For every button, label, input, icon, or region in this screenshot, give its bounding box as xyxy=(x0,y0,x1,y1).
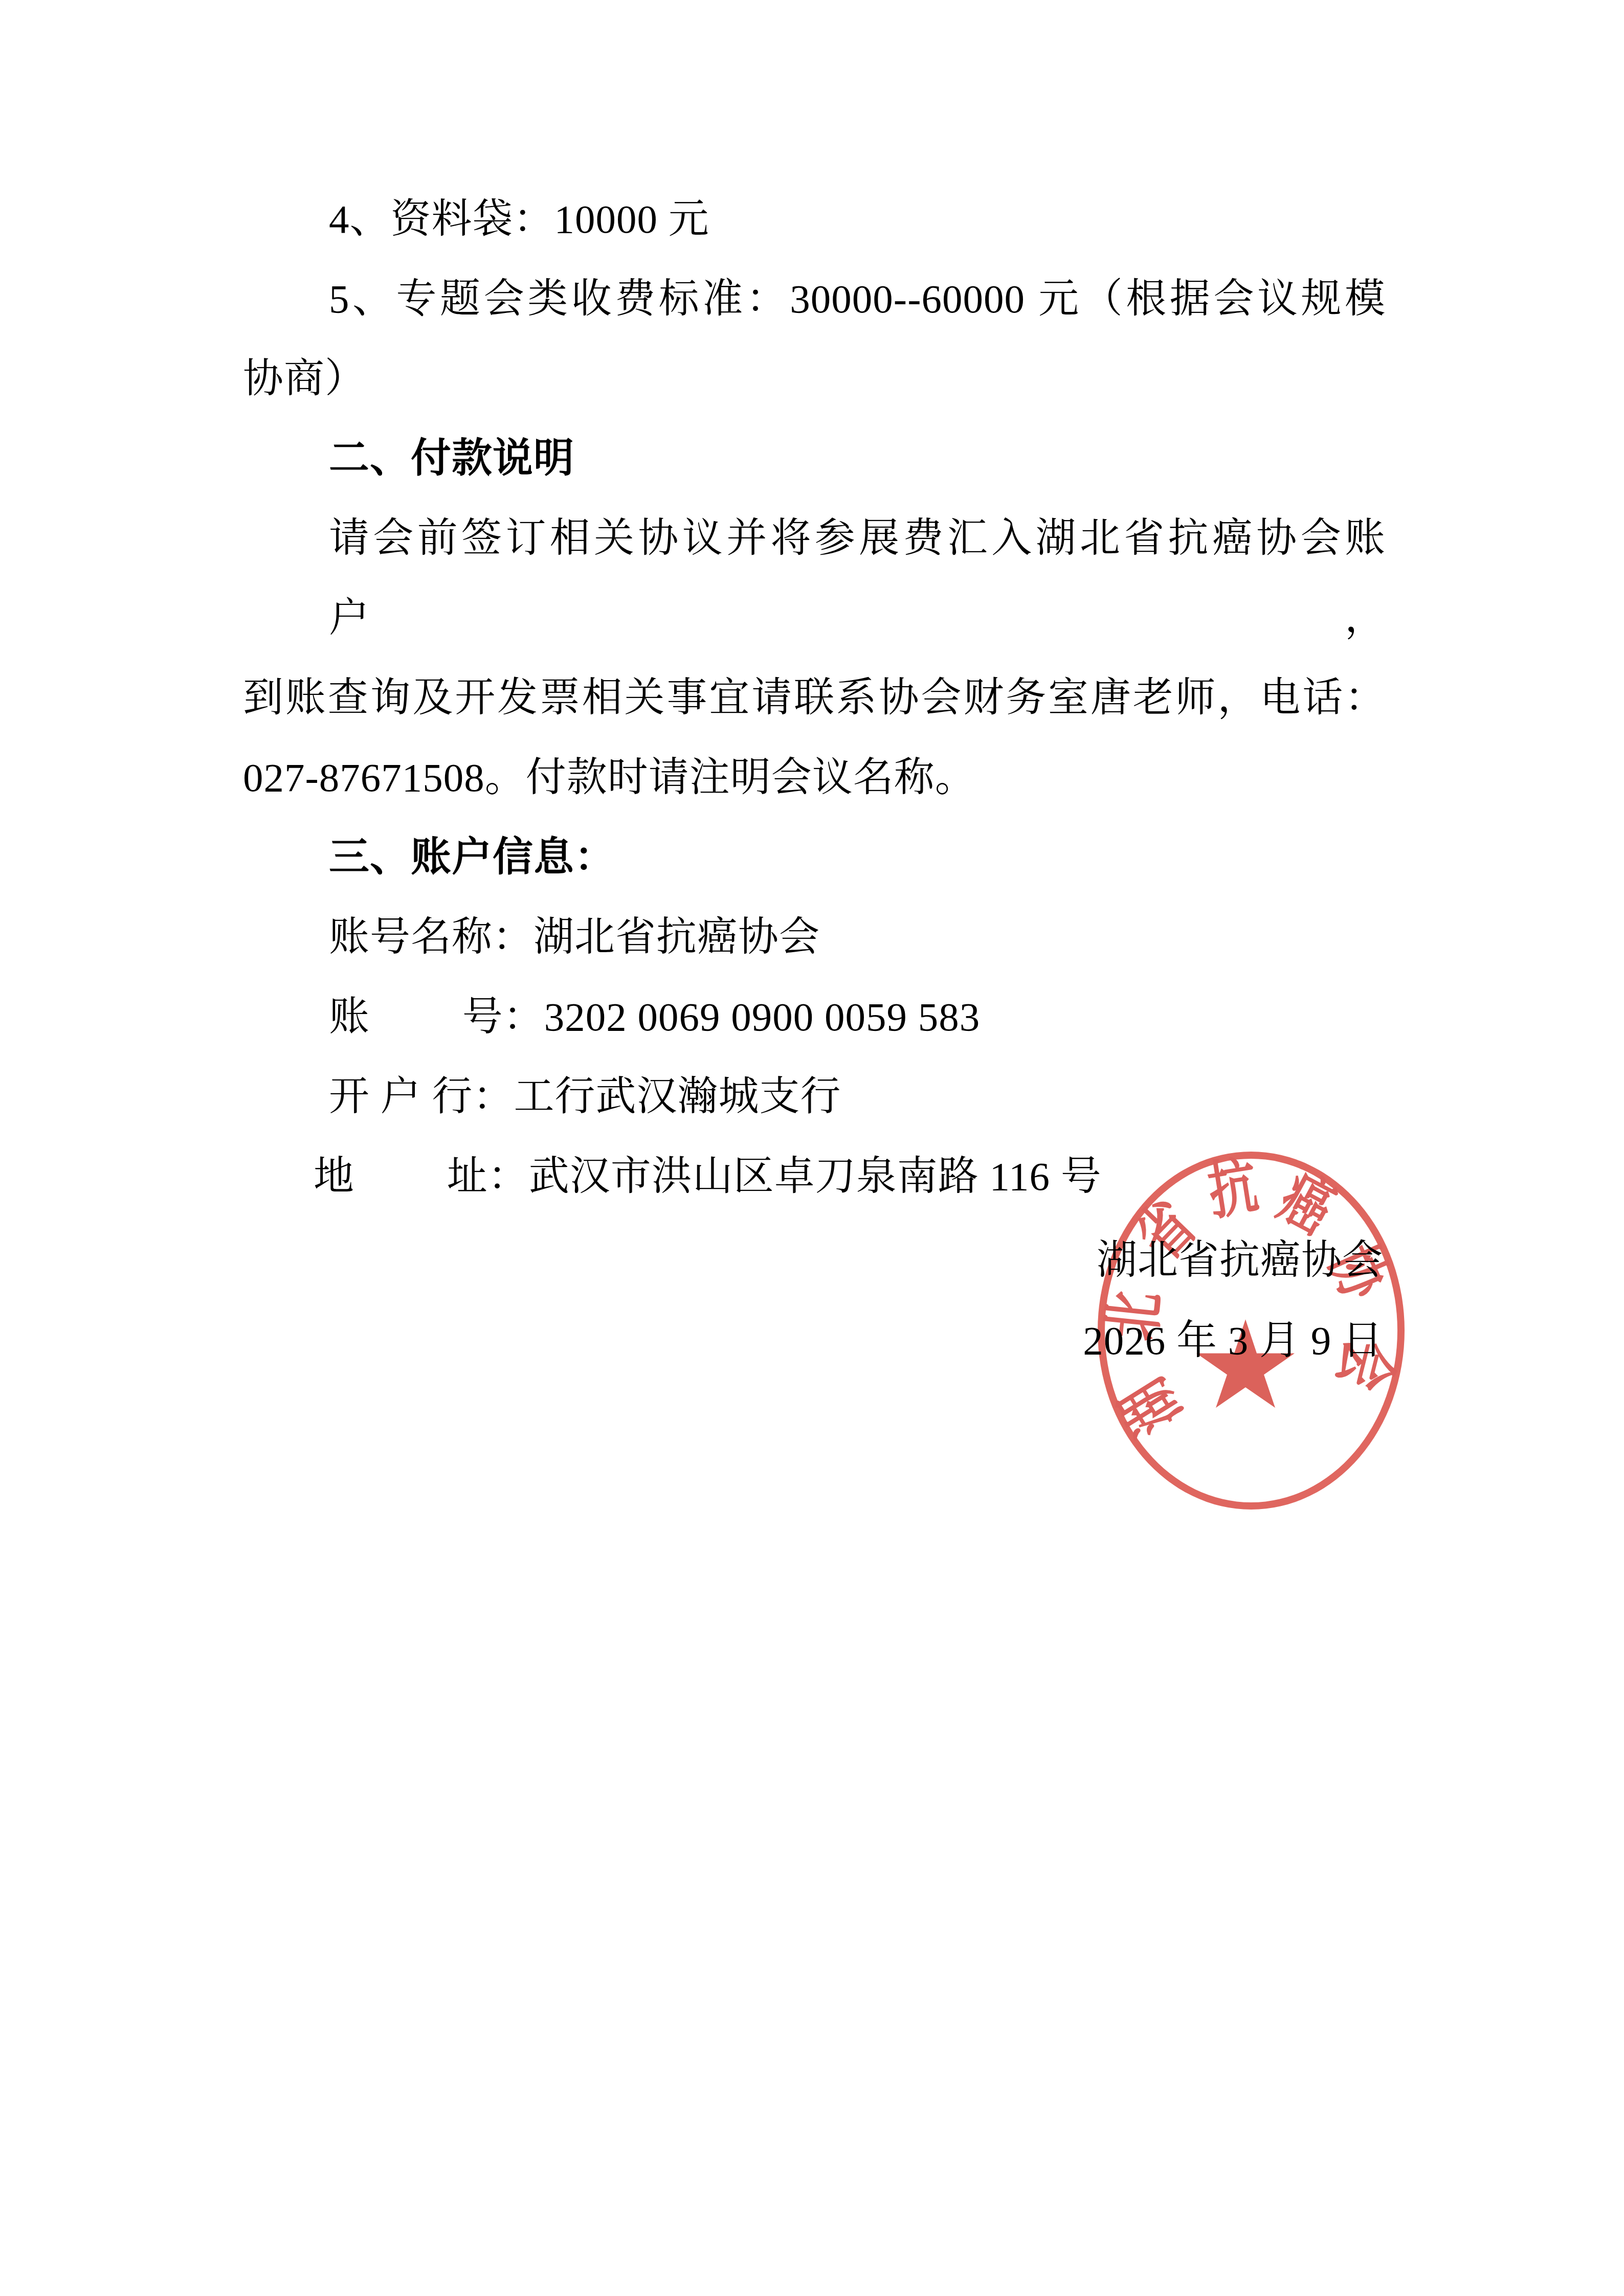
account-number-line: 账 号：3202 0069 0900 0059 583 xyxy=(243,978,1386,1057)
signature-block: 湖北省抗癌协会 2026 年 3 月 9 日 xyxy=(1083,1221,1383,1381)
signature-organization: 湖北省抗癌协会 xyxy=(1083,1221,1383,1301)
bank-branch-line: 开 户 行：工行武汉瀚城支行 xyxy=(243,1057,1386,1137)
signature-date: 2026 年 3 月 9 日 xyxy=(1083,1301,1383,1381)
payment-paragraph-line-3: 027-87671508。付款时请注明会议名称。 xyxy=(243,738,1386,818)
account-section-heading: 三、账户信息： xyxy=(243,818,1386,898)
payment-section-heading: 二、付款说明 xyxy=(243,419,1386,499)
document-body: 4、资料袋：10000 元 5、专题会类收费标准：30000--60000 元（… xyxy=(243,180,1386,1217)
payment-paragraph-line-2: 到账查询及开发票相关事宜请联系协会财务室唐老师，电话： xyxy=(243,659,1386,738)
document-page: 4、资料袋：10000 元 5、专题会类收费标准：30000--60000 元（… xyxy=(0,0,1624,2296)
account-name-line: 账号名称：湖北省抗癌协会 xyxy=(243,898,1386,978)
fee-item-5-line-2: 协商） xyxy=(243,340,1386,419)
fee-item-5-line-1: 5、专题会类收费标准：30000--60000 元（根据会议规模 xyxy=(243,260,1386,340)
fee-item-4: 4、资料袋：10000 元 xyxy=(243,180,1386,260)
payment-paragraph-line-1: 请会前签订相关协议并将参展费汇入湖北省抗癌协会账户， xyxy=(243,499,1386,659)
